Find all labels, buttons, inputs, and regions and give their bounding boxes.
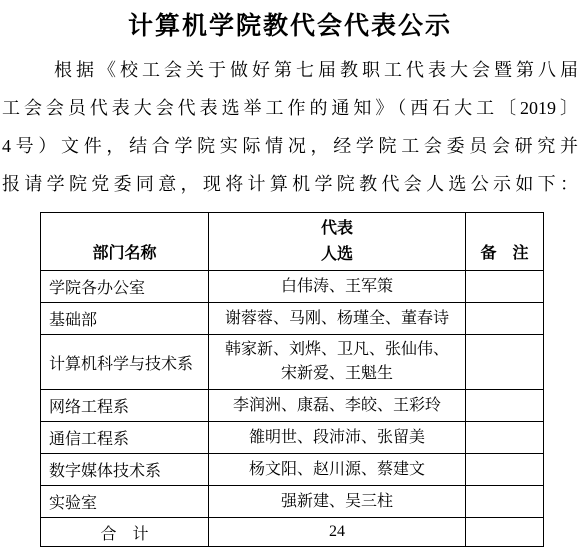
table-row: 学院各办公室 白伟涛、王军策	[41, 271, 544, 303]
table-row: 实验室 强新建、吴三柱	[41, 486, 544, 518]
paragraph-line: 报请学院党委同意，现将计算机学院教代会人选公示如下：	[2, 165, 578, 203]
note-cell	[466, 390, 544, 422]
dept-name: 基础部	[41, 303, 209, 335]
dept-name: 学院各办公室	[41, 271, 209, 303]
rep-names: 李润洲、康磊、李皎、王彩玲	[209, 390, 466, 422]
header-dept: 部门名称	[41, 213, 209, 271]
total-value: 24	[209, 518, 466, 547]
dept-name: 通信工程系	[41, 422, 209, 454]
header-reps: 代表 人选	[209, 213, 466, 271]
note-cell	[466, 335, 544, 390]
total-label: 合 计	[41, 518, 209, 547]
paragraph-line: 根据《校工会关于做好第七届教职工代表大会暨第八届	[2, 51, 578, 89]
table-row: 通信工程系 雒明世、段沛沛、张留美	[41, 422, 544, 454]
note-cell	[466, 518, 544, 547]
table-row: 基础部 谢蓉蓉、马刚、杨瑾全、董春诗	[41, 303, 544, 335]
rep-names: 杨文阳、赵川源、蔡建文	[209, 454, 466, 486]
table-header-row: 部门名称 代表 人选 备 注	[41, 213, 544, 271]
dept-name: 网络工程系	[41, 390, 209, 422]
paragraph-line: 4号）文件，结合学院实际情况，经学院工会委员会研究并	[2, 127, 578, 165]
note-cell	[466, 422, 544, 454]
representatives-table: 部门名称 代表 人选 备 注 学院各办公室 白伟涛、王军策 基础部 谢蓉蓉、马刚…	[40, 212, 544, 547]
intro-paragraph: 根据《校工会关于做好第七届教职工代表大会暨第八届 工会会员代表大会代表选举工作的…	[0, 51, 580, 203]
table-row: 数字媒体技术系 杨文阳、赵川源、蔡建文	[41, 454, 544, 486]
dept-name: 实验室	[41, 486, 209, 518]
note-cell	[466, 486, 544, 518]
rep-names: 韩家新、刘烨、卫凡、张仙伟、 宋新爱、王魁生	[209, 335, 466, 390]
dept-name: 数字媒体技术系	[41, 454, 209, 486]
table-total-row: 合 计 24	[41, 518, 544, 547]
rep-names: 谢蓉蓉、马刚、杨瑾全、董春诗	[209, 303, 466, 335]
note-cell	[466, 303, 544, 335]
header-note: 备 注	[466, 213, 544, 271]
note-cell	[466, 454, 544, 486]
header-reps-line2: 人选	[209, 242, 465, 268]
header-reps-line1: 代表	[209, 216, 465, 242]
page-title: 计算机学院教代会代表公示	[0, 6, 580, 42]
note-cell	[466, 271, 544, 303]
table-row: 计算机科学与技术系 韩家新、刘烨、卫凡、张仙伟、 宋新爱、王魁生	[41, 335, 544, 390]
rep-names: 强新建、吴三柱	[209, 486, 466, 518]
dept-name: 计算机科学与技术系	[41, 335, 209, 390]
paragraph-line: 工会会员代表大会代表选举工作的通知》（西石大工〔2019〕	[2, 89, 578, 127]
rep-names: 雒明世、段沛沛、张留美	[209, 422, 466, 454]
rep-names: 白伟涛、王军策	[209, 271, 466, 303]
table-row: 网络工程系 李润洲、康磊、李皎、王彩玲	[41, 390, 544, 422]
